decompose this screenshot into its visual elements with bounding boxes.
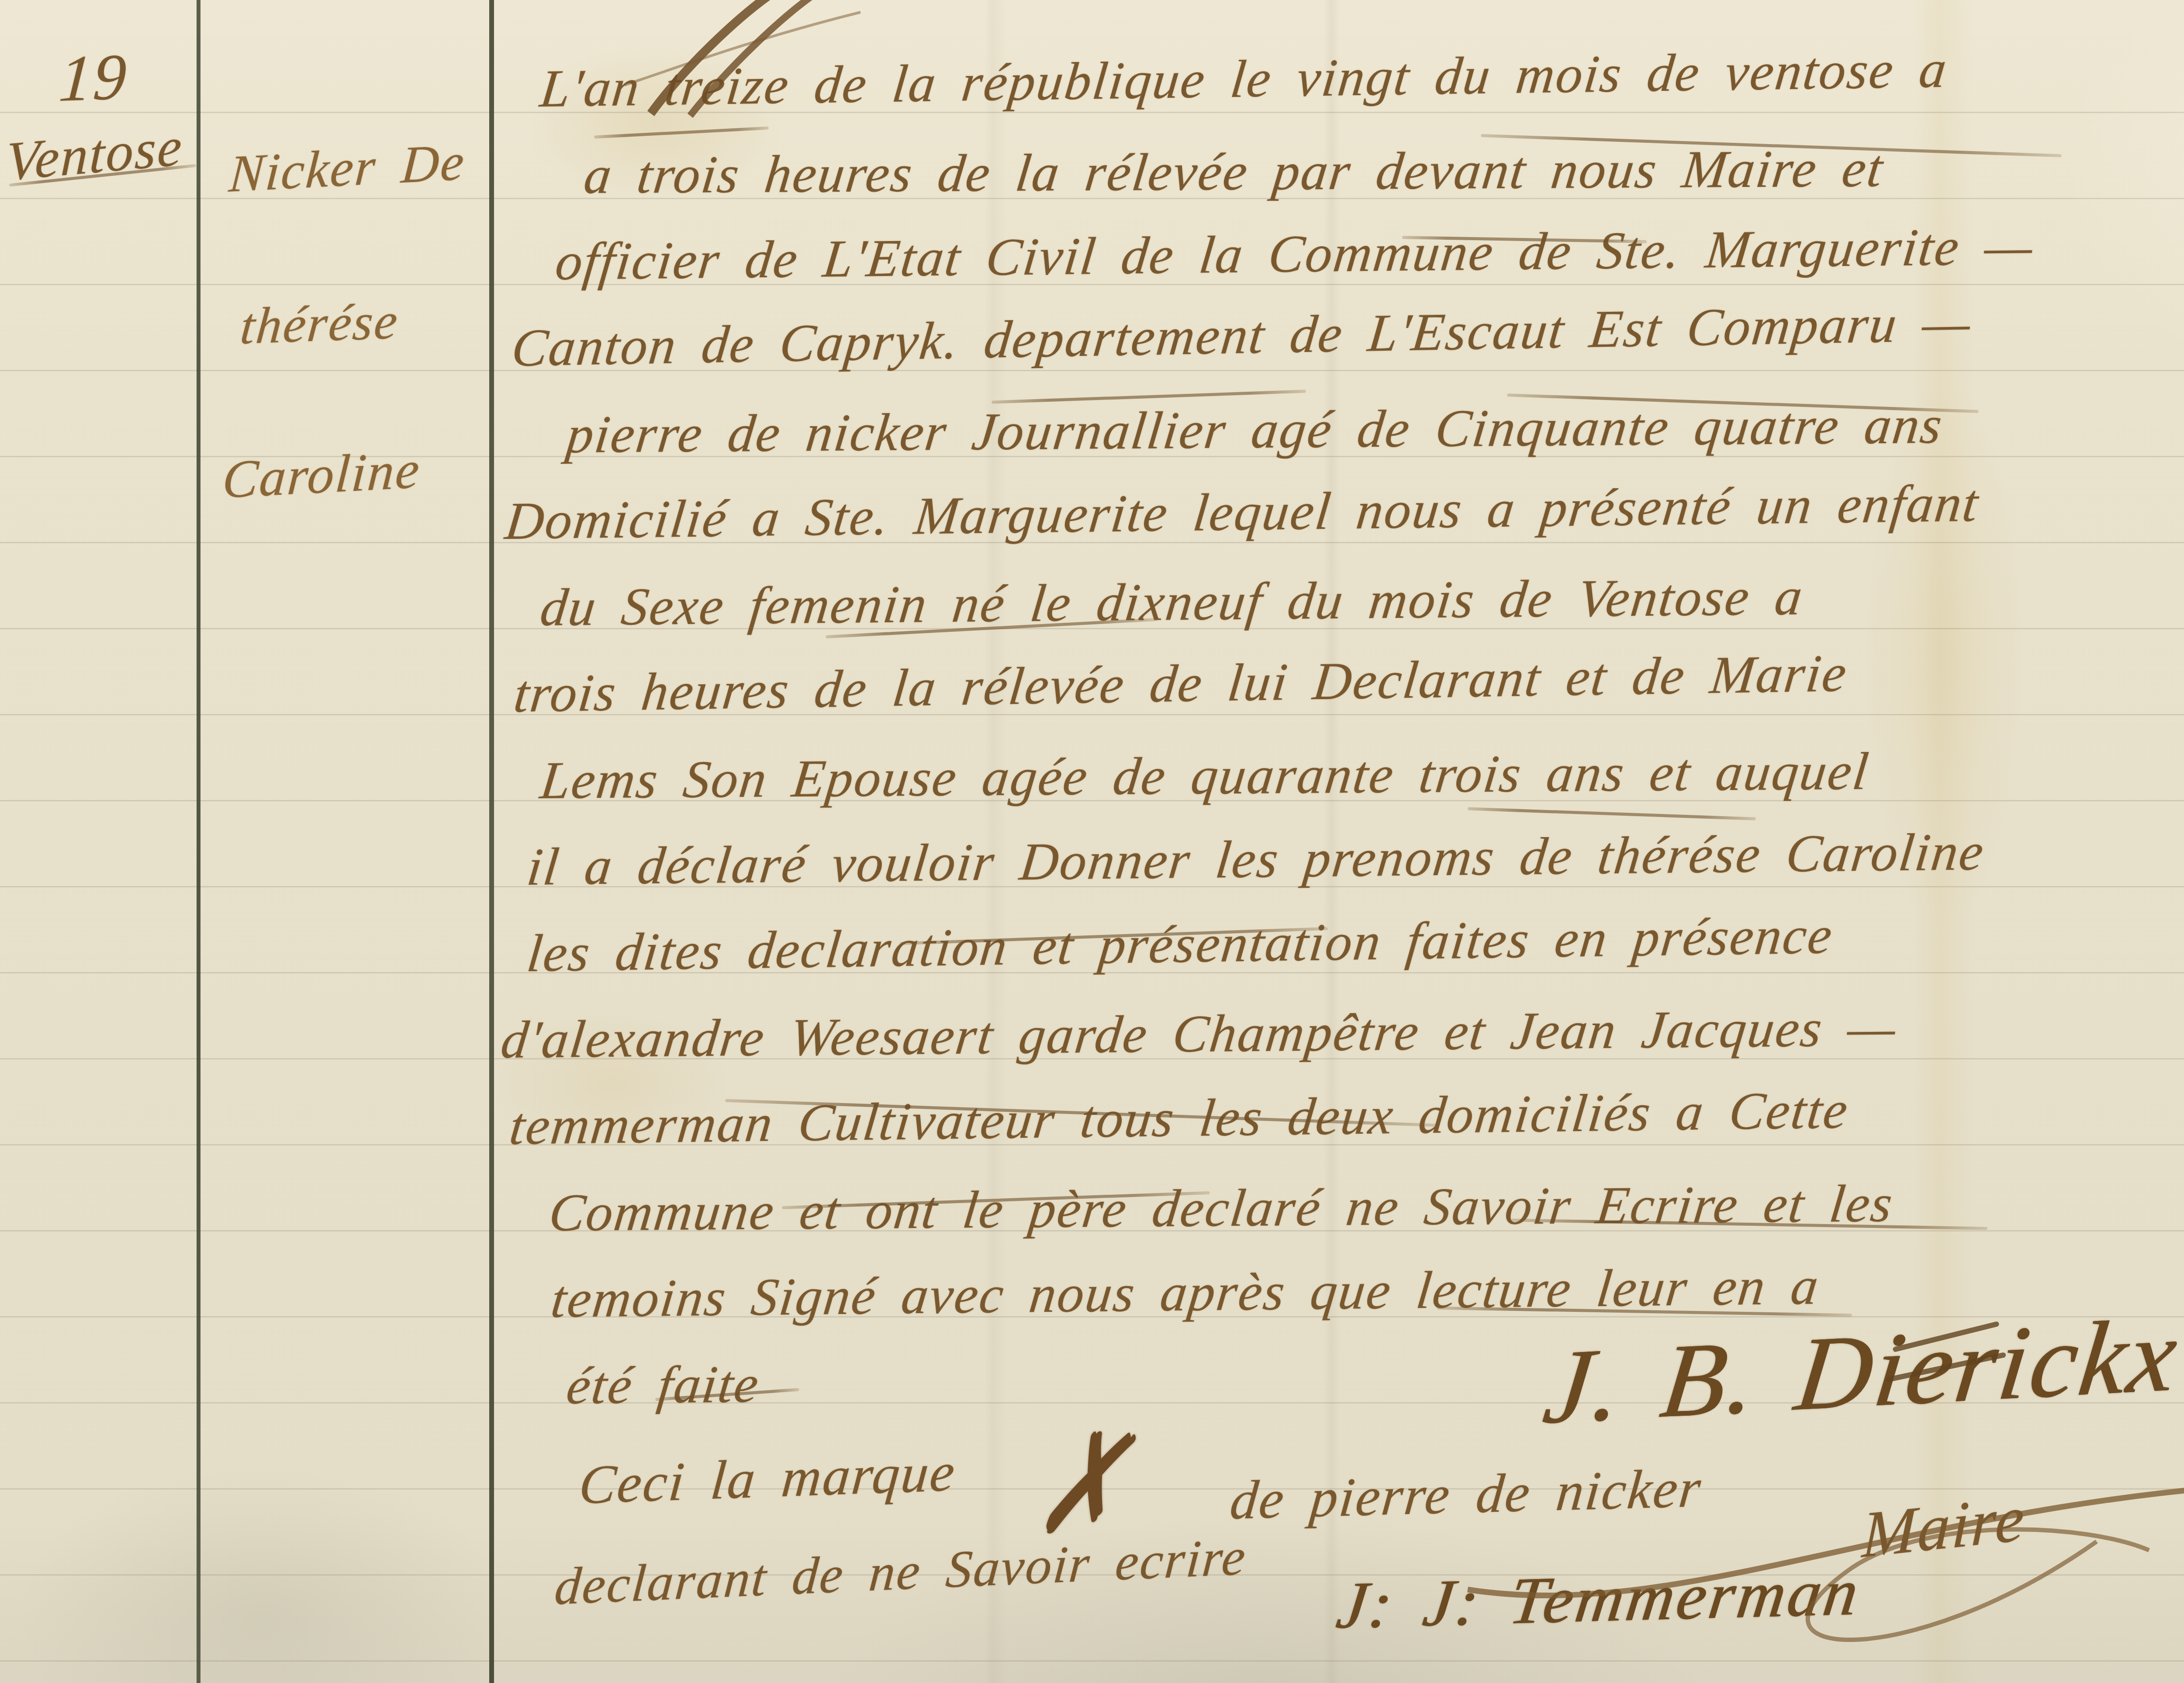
body-line-12: d'alexandre Weesaert garde Champêtre et … [498,997,1900,1071]
margin-date-day: 19 [57,39,130,117]
body-line-11: les dites declaration et présentation fa… [524,905,1836,984]
body-line-10: il a déclaré vouloir Donner les prenoms … [524,821,1988,898]
mark-line-lead: Ceci la marque [577,1441,958,1517]
pen-stroke [594,127,769,139]
column-rule-date [197,0,200,1683]
mark-line-trail: de pierre de nicker [1227,1457,1705,1532]
mark-line-2: declarant de ne Savoir ecrire [553,1526,1249,1617]
pen-stroke [1468,807,1756,820]
child-surname: Nicker De [227,131,467,204]
body-line-5: pierre de nicker Journallier agé de Cinq… [563,395,1946,466]
body-line-7: du Sexe femenin né le dixneuf du mois de… [537,566,1807,638]
scanned-civil-register-page: 19 Ventose Nicker De thérése Caroline L'… [0,0,2184,1683]
body-line-3: officier de L'Etat Civil de la Commune d… [553,216,2037,293]
body-line-13: temmerman Cultivateur tous les deux domi… [507,1079,1852,1157]
body-line-14: Commune et ont le père declaré ne Savoir… [546,1173,1897,1244]
body-line-1: L'an treize de la république le vingt du… [537,39,1951,120]
body-line-4: Canton de Capryk. departement de L'Escau… [509,292,1975,379]
witness-signature: J: J: Temmerman [1332,1554,1865,1644]
body-line-2: a trois heures de la rélevée par devant … [581,138,1887,206]
body-line-16: été faite [563,1354,763,1417]
mayor-title: Maire [1861,1480,2027,1573]
body-line-6: Domicilié a Ste. Marguerite lequel nous … [502,473,1982,552]
body-line-15: temoins Signé avec nous après que lectur… [548,1255,1823,1330]
child-firstname-2: Caroline [221,439,422,511]
column-rule-name [489,0,494,1683]
child-firstname-1: thérése [238,291,401,356]
body-line-9: Lems Son Epouse agée de quarante trois a… [537,741,1873,811]
body-line-8: trois heures de la rélevée de lui Declar… [511,643,1851,725]
